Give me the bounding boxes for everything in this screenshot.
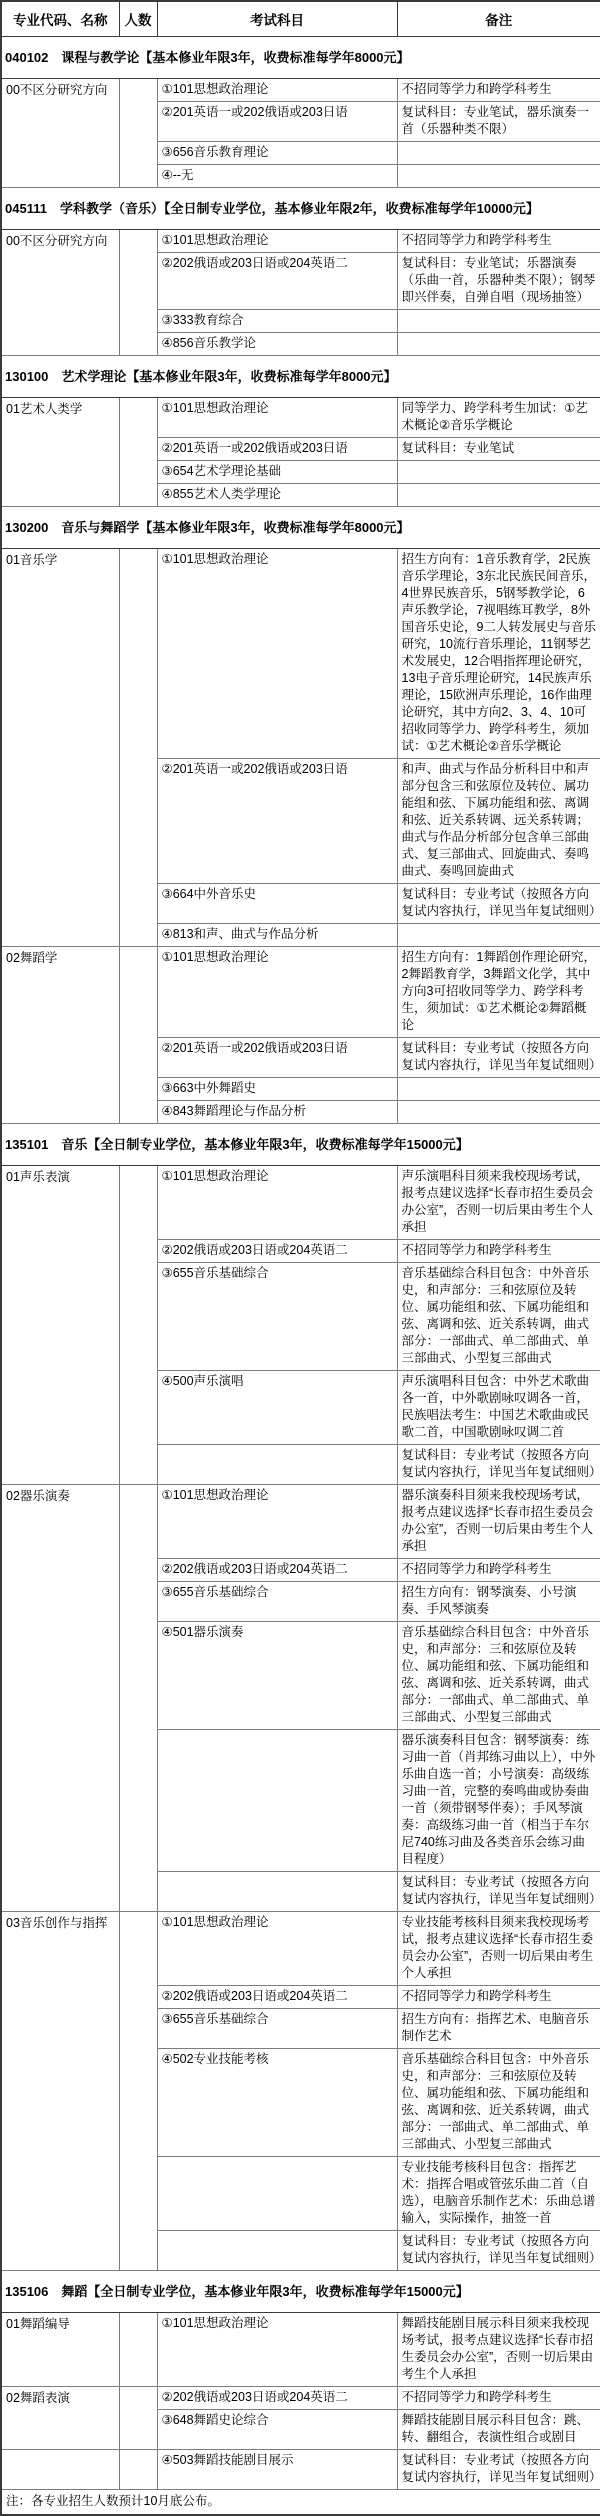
- section-title-row: 040102 课程与教学论【基本修业年限3年，收费标准每学年8000元】: [1, 37, 600, 79]
- exam-subject-cell: ②202俄语或203日语或204英语二: [157, 1559, 397, 1582]
- exam-subject-cell: ④501器乐演奏: [157, 1622, 397, 1730]
- exam-subject-cell: ③664中外音乐史: [157, 884, 397, 924]
- exam-subject-cell: ④813和声、曲式与作品分析: [157, 924, 397, 947]
- section-title-row: 135106 舞蹈【全日制专业学位，基本修业年限3年，收费标准每学年15000元…: [1, 2271, 600, 2313]
- section-title: 130100 艺术学理论【基本修业年限3年，收费标准每学年8000元】: [1, 356, 600, 398]
- remark-cell: 复试科目：专业考试（按照各方向复试内容执行，详见当年复试细则）: [397, 2450, 600, 2490]
- remark-cell: 舞蹈技能剧目展示科目包含：跳、转、翻组合，表演性组合或剧目: [397, 2410, 600, 2450]
- column-header-enrollment-count: 人数: [119, 1, 157, 37]
- exam-subject-cell: [157, 1730, 397, 1872]
- exam-subject-cell: ①101思想政治理论: [157, 230, 397, 253]
- exam-subject-cell: ③648舞蹈史论综合: [157, 2410, 397, 2450]
- section-title: 045111 学科教学（音乐）【全日制专业学位，基本修业年限2年，收费标准每学年…: [1, 188, 600, 230]
- table-body: 040102 课程与教学论【基本修业年限3年，收费标准每学年8000元】00不区…: [1, 37, 600, 2490]
- enrollment-count-cell: [119, 2450, 157, 2490]
- remark-cell: [397, 484, 600, 507]
- exam-subject-cell: ①101思想政治理论: [157, 398, 397, 438]
- enrollment-count-cell: [119, 398, 157, 507]
- research-direction-cell: 01声乐表演: [1, 1166, 119, 1485]
- remark-cell: 复试科目：专业笔试: [397, 438, 600, 461]
- research-direction-cell: 02舞蹈表演: [1, 2387, 119, 2450]
- research-direction-cell: 02舞蹈学: [1, 947, 119, 1124]
- enrollment-count-cell: [119, 947, 157, 1124]
- remark-cell: [397, 1078, 600, 1101]
- exam-row: 00不区分研究方向①101思想政治理论不招同等学力和跨学科考生: [1, 230, 600, 253]
- footnote-row: 注：各专业招生人数预计10月底公布。: [1, 2490, 600, 2516]
- exam-subject-cell: ③654艺术学理论基础: [157, 461, 397, 484]
- enrollment-count-cell: [119, 549, 157, 947]
- exam-row: 03音乐创作与指挥①101思想政治理论专业技能考核科目须来我校现场考试，报考点建…: [1, 1912, 600, 1986]
- exam-subject-cell: ②202俄语或203日语或204英语二: [157, 2387, 397, 2410]
- section-title-row: 130100 艺术学理论【基本修业年限3年，收费标准每学年8000元】: [1, 356, 600, 398]
- remark-cell: 复试科目：专业考试（按照各方向复试内容执行，详见当年复试细则）: [397, 884, 600, 924]
- section-title: 135101 音乐【全日制专业学位，基本修业年限3年，收费标准每学年15000元…: [1, 1124, 600, 1166]
- exam-subject-cell: ④843舞蹈理论与作品分析: [157, 1101, 397, 1124]
- exam-subject-cell: ③333教育综合: [157, 310, 397, 333]
- remark-cell: 器乐演奏科目包含：钢琴演奏：练习曲一首（肖邦练习曲以上），中外乐曲自选一首；小号…: [397, 1730, 600, 1872]
- exam-row: ④503舞蹈技能剧目展示复试科目：专业考试（按照各方向复试内容执行，详见当年复试…: [1, 2450, 600, 2490]
- exam-subject-cell: ②201英语一或202俄语或203日语: [157, 102, 397, 142]
- remark-cell: 复试科目：专业考试（按照各方向复试内容执行，详见当年复试细则）: [397, 2231, 600, 2271]
- exam-subject-cell: ①101思想政治理论: [157, 1912, 397, 1986]
- section-title: 130200 音乐与舞蹈学【基本修业年限3年，收费标准每学年8000元】: [1, 507, 600, 549]
- remark-cell: 招生方向有：指挥艺术、电脑音乐制作艺术: [397, 2009, 600, 2049]
- column-header-exam-subjects: 考试科目: [157, 1, 397, 37]
- exam-subject-cell: ③663中外舞蹈史: [157, 1078, 397, 1101]
- exam-subject-cell: [157, 2231, 397, 2271]
- exam-subject-cell: ②201英语一或202俄语或203日语: [157, 759, 397, 884]
- research-direction-cell: [1, 2450, 119, 2490]
- enrollment-count-cell: [119, 1485, 157, 1912]
- admissions-table: 专业代码、名称 人数 考试科目 备注 040102 课程与教学论【基本修业年限3…: [0, 0, 600, 2516]
- exam-subject-cell: ②202俄语或203日语或204英语二: [157, 1986, 397, 2009]
- section-title: 135106 舞蹈【全日制专业学位，基本修业年限3年，收费标准每学年15000元…: [1, 2271, 600, 2313]
- remark-cell: 招生方向有：1音乐教育学，2民族音乐学理论，3东北民族民间音乐，4世界民族音乐，…: [397, 549, 600, 759]
- remark-cell: 专业技能考核科目须来我校现场考试，报考点建议选择“长春市招生委员会办公室”，否则…: [397, 1912, 600, 1986]
- exam-subject-cell: ③655音乐基础综合: [157, 1263, 397, 1371]
- table-header: 专业代码、名称 人数 考试科目 备注: [1, 1, 600, 37]
- remark-cell: 复试科目：专业笔试，器乐演奏一首（乐器种类不限）: [397, 102, 600, 142]
- remark-cell: 音乐基础综合科目包含：中外音乐史，和声部分：三和弦原位及转位、属功能组和弦、下属…: [397, 1622, 600, 1730]
- research-direction-cell: 00不区分研究方向: [1, 230, 119, 356]
- exam-row: 01声乐表演①101思想政治理论声乐演唱科目须来我校现场考试，报考点建议选择“长…: [1, 1166, 600, 1240]
- research-direction-cell: 03音乐创作与指挥: [1, 1912, 119, 2271]
- remark-cell: 声乐演唱科目须来我校现场考试，报考点建议选择“长春市招生委员会办公室”，否则一切…: [397, 1166, 600, 1240]
- header-row: 专业代码、名称 人数 考试科目 备注: [1, 1, 600, 37]
- enrollment-count-cell: [119, 79, 157, 188]
- exam-subject-cell: ③655音乐基础综合: [157, 1582, 397, 1622]
- exam-row: 00不区分研究方向①101思想政治理论不招同等学力和跨学科考生: [1, 79, 600, 102]
- research-direction-cell: 01音乐学: [1, 549, 119, 947]
- remark-cell: [397, 1101, 600, 1124]
- exam-subject-cell: ④502专业技能考核: [157, 2049, 397, 2157]
- remark-cell: 招生方向有：钢琴演奏、小号演奏、手风琴演奏: [397, 1582, 600, 1622]
- exam-subject-cell: ②202俄语或203日语或204英语二: [157, 1240, 397, 1263]
- research-direction-cell: 02器乐演奏: [1, 1485, 119, 1912]
- exam-subject-cell: ④--无: [157, 165, 397, 188]
- exam-row: 01舞蹈编导①101思想政治理论舞蹈技能剧目展示科目须来我校现场考试，报考点建议…: [1, 2313, 600, 2387]
- enrollment-count-cell: [119, 2387, 157, 2450]
- exam-subject-cell: ③656音乐教育理论: [157, 142, 397, 165]
- exam-subject-cell: ①101思想政治理论: [157, 1485, 397, 1559]
- remark-cell: 不招同等学力和跨学科考生: [397, 1559, 600, 1582]
- remark-cell: 舞蹈技能剧目展示科目须来我校现场考试，报考点建议选择“长春市招生委员会办公室”，…: [397, 2313, 600, 2387]
- exam-subjects-page: 专业代码、名称 人数 考试科目 备注 040102 课程与教学论【基本修业年限3…: [0, 0, 600, 2516]
- enrollment-count-cell: [119, 1166, 157, 1485]
- exam-subject-cell: ②201英语一或202俄语或203日语: [157, 438, 397, 461]
- exam-subject-cell: ①101思想政治理论: [157, 1166, 397, 1240]
- enrollment-count-cell: [119, 230, 157, 356]
- remark-cell: 不招同等学力和跨学科考生: [397, 2387, 600, 2410]
- exam-subject-cell: ②201英语一或202俄语或203日语: [157, 1038, 397, 1078]
- enrollment-count-cell: [119, 2313, 157, 2387]
- exam-subject-cell: [157, 1445, 397, 1485]
- remark-cell: 复试科目：专业考试（按照各方向复试内容执行，详见当年复试细则）: [397, 1038, 600, 1078]
- research-direction-cell: 00不区分研究方向: [1, 79, 119, 188]
- exam-row: 02舞蹈学①101思想政治理论招生方向有：1舞蹈创作理论研究，2舞蹈教育学，3舞…: [1, 947, 600, 1038]
- footnote: 注：各专业招生人数预计10月底公布。: [1, 2490, 600, 2516]
- remark-cell: [397, 142, 600, 165]
- exam-subject-cell: ①101思想政治理论: [157, 549, 397, 759]
- research-direction-cell: 01舞蹈编导: [1, 2313, 119, 2387]
- exam-subject-cell: ③655音乐基础综合: [157, 2009, 397, 2049]
- remark-cell: 音乐基础综合科目包含：中外音乐史，和声部分：三和弦原位及转位、属功能组和弦、下属…: [397, 2049, 600, 2157]
- remark-cell: 器乐演奏科目须来我校现场考试，报考点建议选择“长春市招生委员会办公室”，否则一切…: [397, 1485, 600, 1559]
- remark-cell: 不招同等学力和跨学科考生: [397, 79, 600, 102]
- remark-cell: [397, 461, 600, 484]
- exam-subject-cell: ①101思想政治理论: [157, 79, 397, 102]
- exam-subject-cell: [157, 2157, 397, 2231]
- remark-cell: 招生方向有：1舞蹈创作理论研究，2舞蹈教育学，3舞蹈文化学，其中方向3可招收同等…: [397, 947, 600, 1038]
- column-header-major-code-name: 专业代码、名称: [1, 1, 119, 37]
- remark-cell: [397, 924, 600, 947]
- remark-cell: 同等学力、跨学科考生加试：①艺术概论②音乐学概论: [397, 398, 600, 438]
- remark-cell: 音乐基础综合科目包含：中外音乐史，和声部分：三和弦原位及转位、属功能组和弦、下属…: [397, 1263, 600, 1371]
- remark-cell: [397, 165, 600, 188]
- remark-cell: [397, 333, 600, 356]
- remark-cell: 不招同等学力和跨学科考生: [397, 230, 600, 253]
- exam-subject-cell: ④856音乐教学论: [157, 333, 397, 356]
- exam-subject-cell: ④855艺术人类学理论: [157, 484, 397, 507]
- exam-subject-cell: ①101思想政治理论: [157, 947, 397, 1038]
- exam-subject-cell: ④500声乐演唱: [157, 1371, 397, 1445]
- remark-cell: 复试科目：专业考试（按照各方向复试内容执行，详见当年复试细则）: [397, 1872, 600, 1912]
- exam-row: 02器乐演奏①101思想政治理论器乐演奏科目须来我校现场考试，报考点建议选择“长…: [1, 1485, 600, 1559]
- table-footer: 注：各专业招生人数预计10月底公布。: [1, 2490, 600, 2516]
- remark-cell: 和声、曲式与作品分析科目中和声部分包含三和弦原位及转位、属功能组和弦、下属功能组…: [397, 759, 600, 884]
- column-header-remarks: 备注: [397, 1, 600, 37]
- remark-cell: [397, 310, 600, 333]
- exam-subject-cell: [157, 1872, 397, 1912]
- enrollment-count-cell: [119, 1912, 157, 2271]
- exam-row: 01音乐学①101思想政治理论招生方向有：1音乐教育学，2民族音乐学理论，3东北…: [1, 549, 600, 759]
- remark-cell: 不招同等学力和跨学科考生: [397, 1240, 600, 1263]
- remark-cell: 复试科目：专业笔试；乐器演奏（乐曲一首，乐器种类不限）；钢琴即兴伴奏，自弹自唱（…: [397, 253, 600, 310]
- remark-cell: 专业技能考核科目包含：指挥艺术：指挥合唱或管弦乐曲二首（自选），电脑音乐制作艺术…: [397, 2157, 600, 2231]
- exam-subject-cell: ②202俄语或203日语或204英语二: [157, 253, 397, 310]
- remark-cell: 复试科目：专业考试（按照各方向复试内容执行，详见当年复试细则）: [397, 1445, 600, 1485]
- section-title-row: 130200 音乐与舞蹈学【基本修业年限3年，收费标准每学年8000元】: [1, 507, 600, 549]
- section-title: 040102 课程与教学论【基本修业年限3年，收费标准每学年8000元】: [1, 37, 600, 79]
- remark-cell: 不招同等学力和跨学科考生: [397, 1986, 600, 2009]
- exam-subject-cell: ①101思想政治理论: [157, 2313, 397, 2387]
- exam-row: 02舞蹈表演②202俄语或203日语或204英语二不招同等学力和跨学科考生: [1, 2387, 600, 2410]
- section-title-row: 045111 学科教学（音乐）【全日制专业学位，基本修业年限2年，收费标准每学年…: [1, 188, 600, 230]
- exam-subject-cell: ④503舞蹈技能剧目展示: [157, 2450, 397, 2490]
- exam-row: 01艺术人类学①101思想政治理论同等学力、跨学科考生加试：①艺术概论②音乐学概…: [1, 398, 600, 438]
- research-direction-cell: 01艺术人类学: [1, 398, 119, 507]
- section-title-row: 135101 音乐【全日制专业学位，基本修业年限3年，收费标准每学年15000元…: [1, 1124, 600, 1166]
- remark-cell: 声乐演唱科目包含：中外艺术歌曲各一首，中外歌剧咏叹调各一首，民族唱法考生：中国艺…: [397, 1371, 600, 1445]
